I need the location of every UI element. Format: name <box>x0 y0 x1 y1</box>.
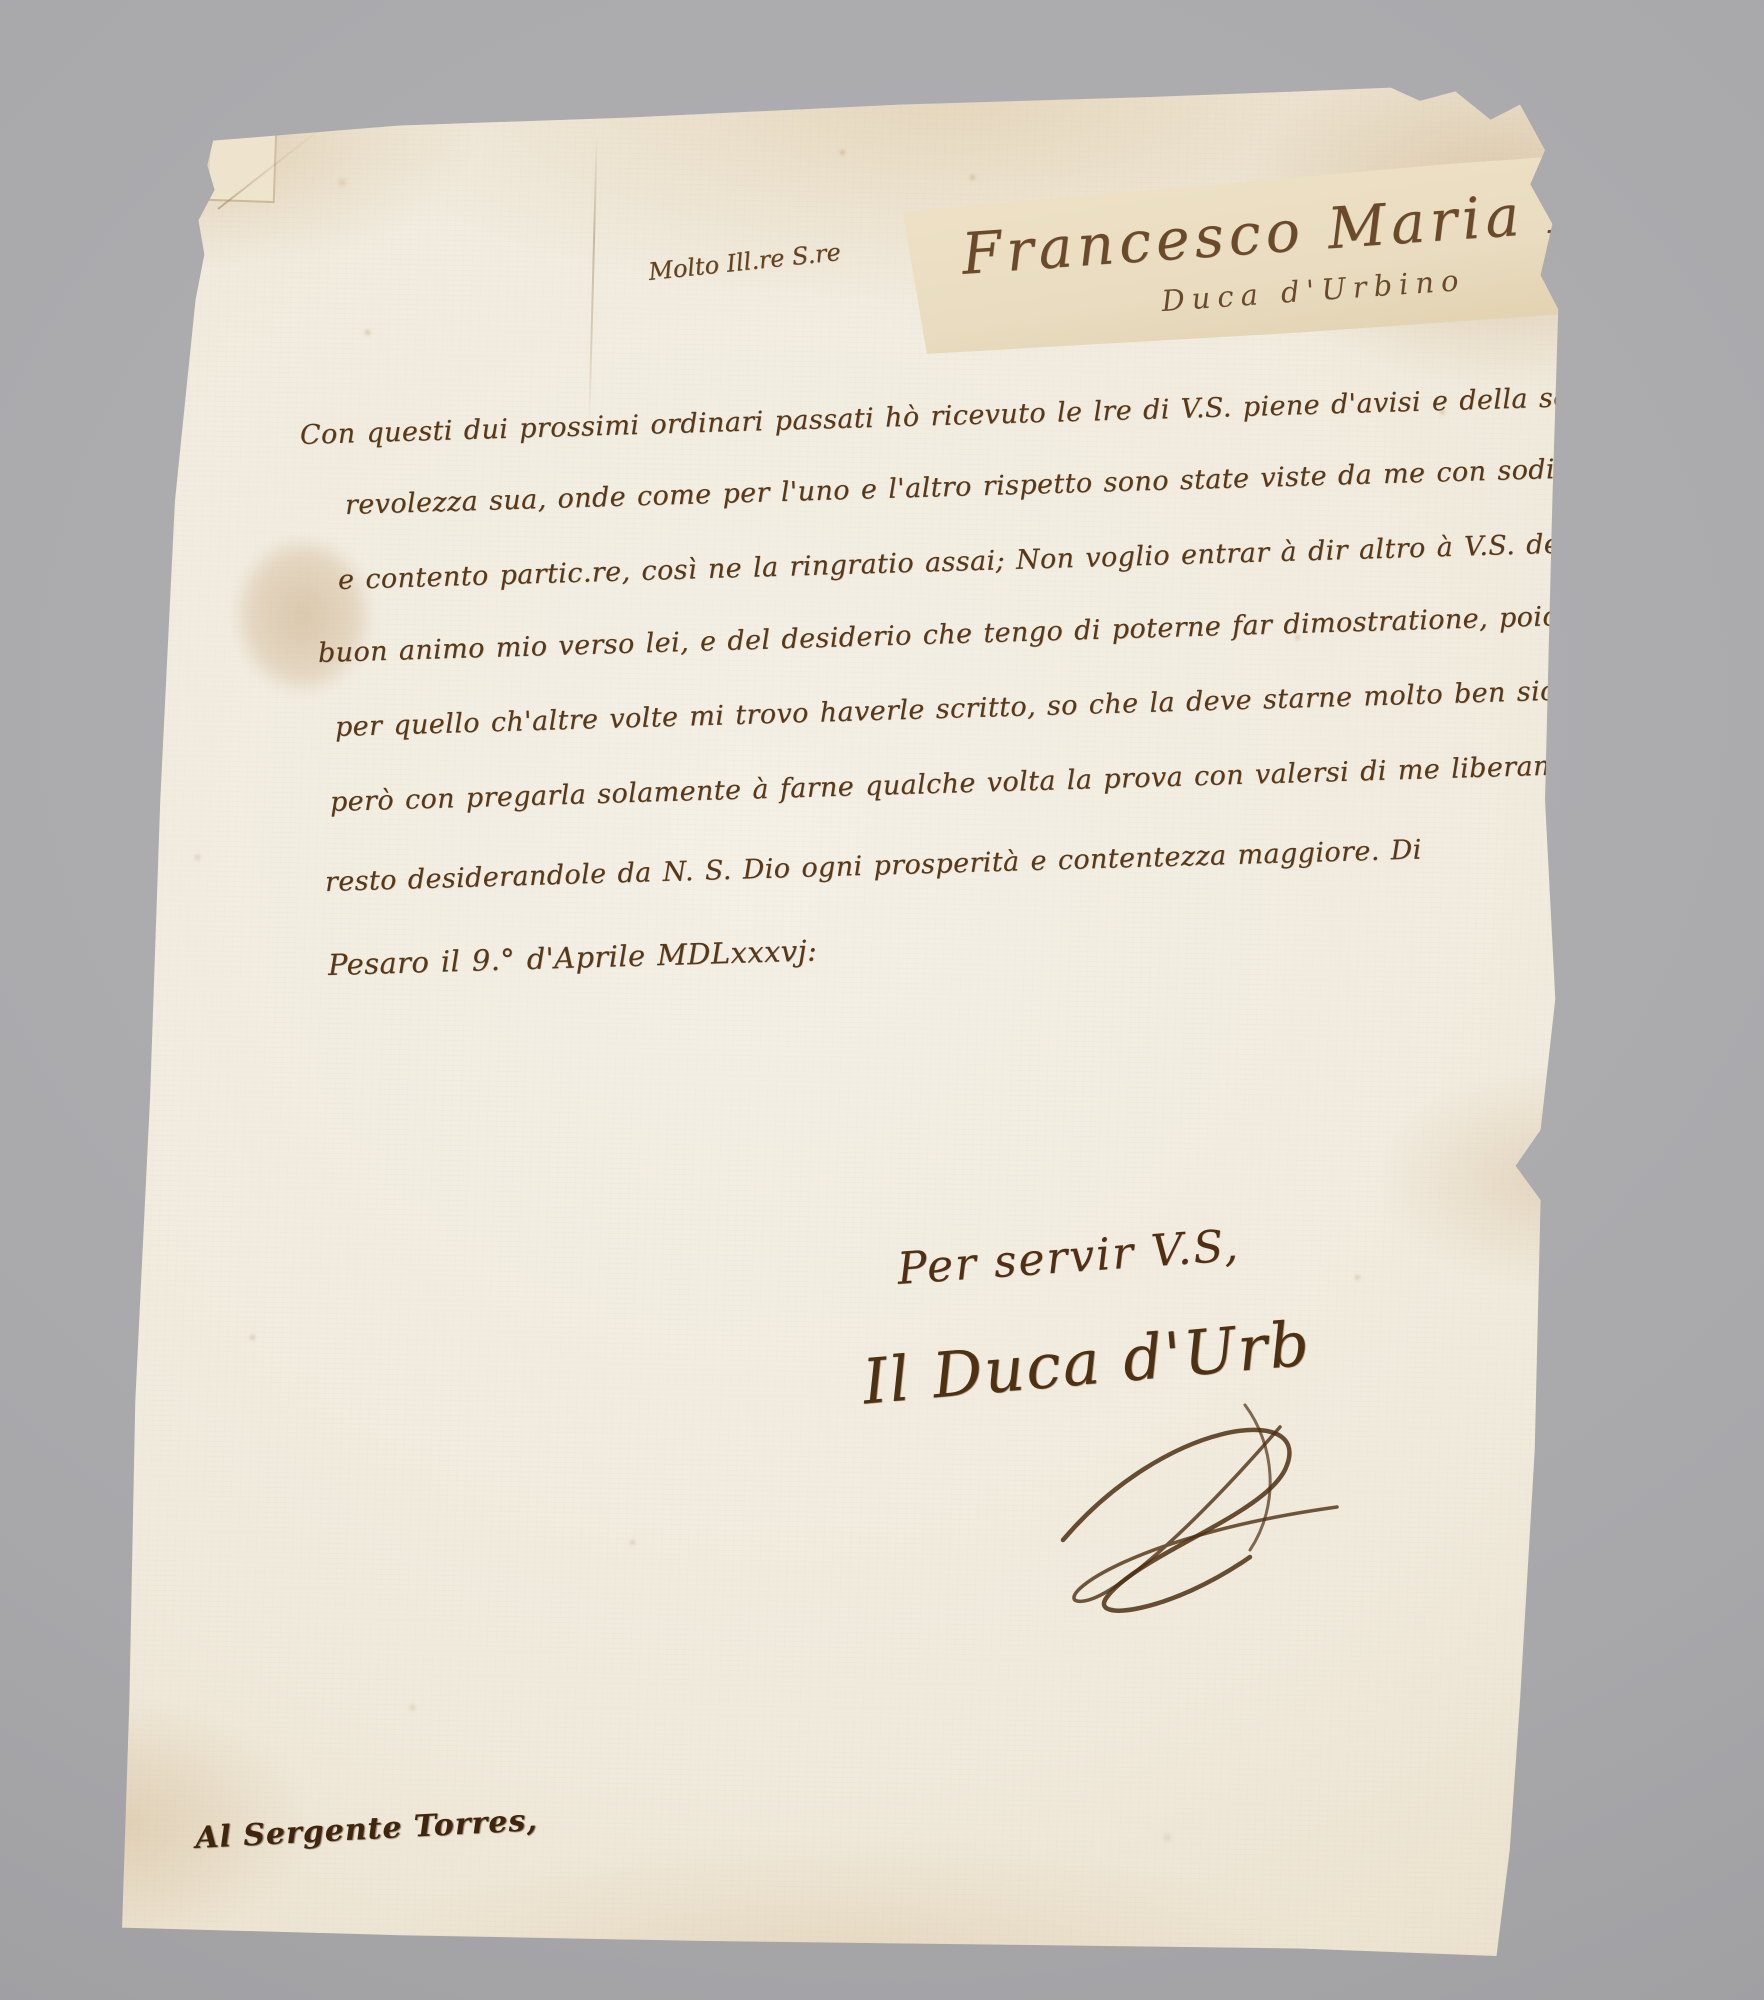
docket-note: Al Sergente Torres, <box>194 1803 538 1856</box>
corner-repair-patch <box>209 127 278 203</box>
archivist-label-slip: Francesco Maria I Duca d'Urbino <box>902 152 1623 359</box>
vertical-crease <box>588 135 598 425</box>
letter-paper: Molto Ill.re S.re Francesco Maria I Duca… <box>100 80 1570 1975</box>
body-line-1: Con questi dui prossimi ordinari passati… <box>300 378 1710 451</box>
signature-flourish <box>1045 1385 1355 1635</box>
salutation: Molto Ill.re S.re <box>647 238 842 286</box>
closing-formula: Per servir V.S, <box>896 1220 1242 1295</box>
body-line-7: resto desiderandole da N. S. Dio ogni pr… <box>325 834 1423 898</box>
body-line-3: e contento partic.re, così ne la ringrat… <box>338 528 1570 596</box>
body-line-5: per quello ch'altre volte mi trovo haver… <box>335 674 1613 743</box>
paper-aging-overlay <box>100 80 1570 1975</box>
body-line-8: Pesaro il 9.° d'Aprile MDLxxxvj: <box>327 933 817 982</box>
paper-texture-overlay <box>100 80 1570 1975</box>
body-line-6: però con pregarla solamente à farne qual… <box>330 749 1597 818</box>
label-title: Duca d'Urbino <box>1160 263 1466 318</box>
body-line-2: revolezza sua, onde come per l'uno e l'a… <box>345 450 1679 521</box>
foxing-spots <box>100 80 105 85</box>
ink-stain <box>208 508 398 723</box>
photo-backdrop: Molto Ill.re S.re Francesco Maria I Duca… <box>0 0 1764 2000</box>
body-line-4: buon animo mio verso lei, e del desideri… <box>318 600 1593 669</box>
label-name: Francesco Maria I <box>960 179 1577 288</box>
